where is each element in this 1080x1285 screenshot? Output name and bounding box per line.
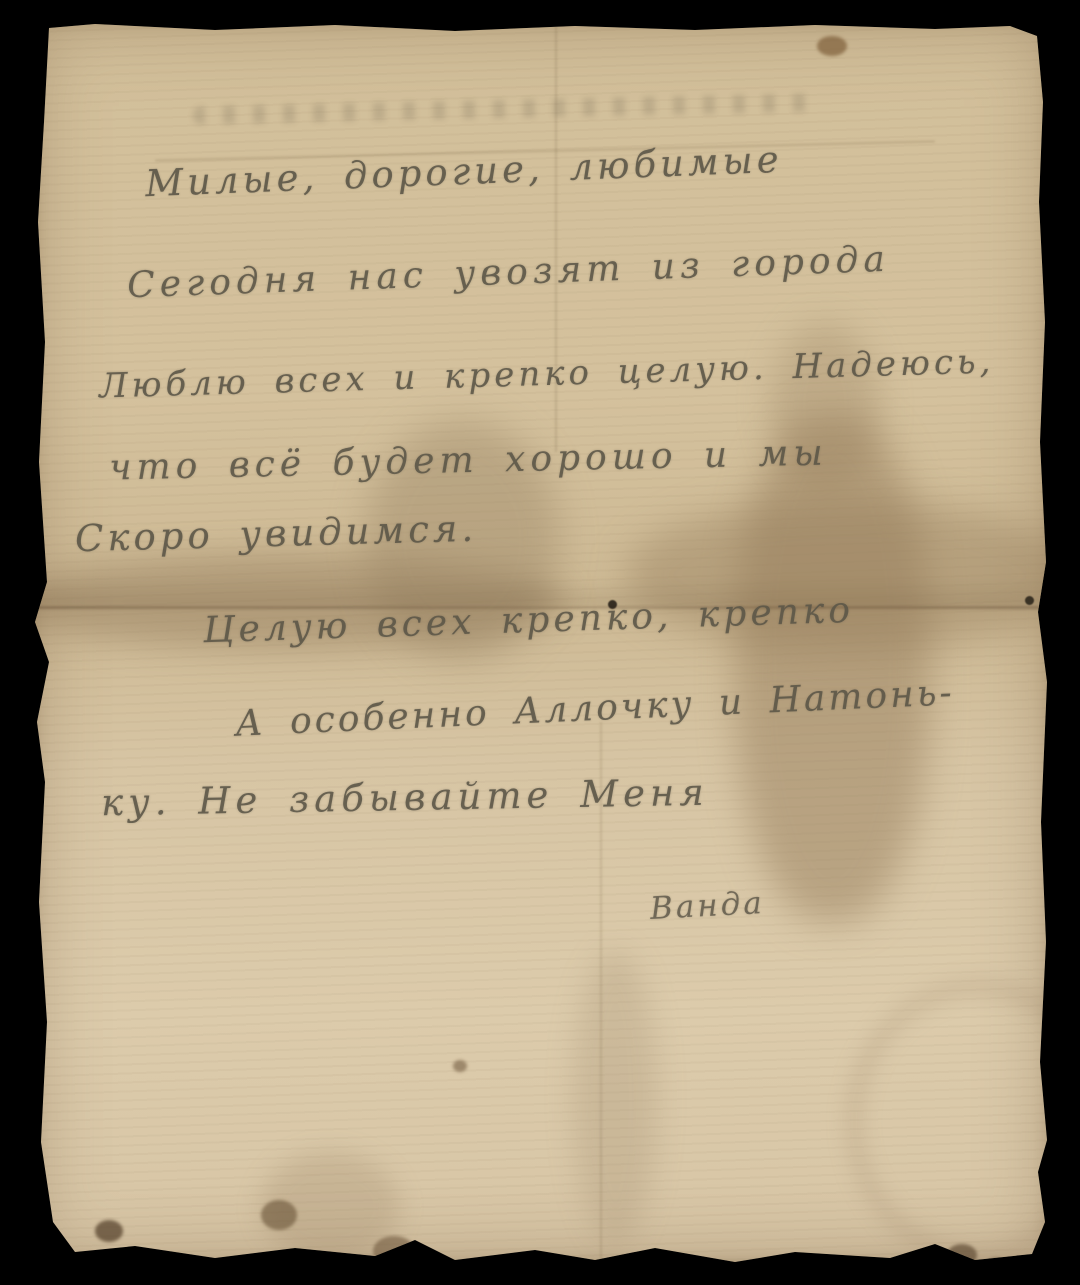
ink-spot	[817, 36, 847, 56]
water-stain-cross-vertical	[735, 412, 930, 922]
letter-line: Скоро увидимся.	[75, 507, 478, 561]
water-stain-bottom-left	[260, 1152, 400, 1262]
ink-spot	[947, 1244, 977, 1266]
faded-bleedthrough-text	[193, 94, 813, 125]
ink-spot	[261, 1200, 297, 1230]
letter-line: Милые, дорогие, любимые	[144, 138, 783, 205]
letter-line: Люблю всех и крепко целую. Надеюсь,	[99, 342, 995, 407]
letter-line: что всё будет хорошо и мы	[109, 432, 828, 488]
water-stain-ring	[847, 980, 1080, 1263]
ink-spot	[987, 1258, 1005, 1272]
letter-line: ку. Не забывайте Меня	[101, 771, 709, 825]
ink-spot	[373, 1236, 415, 1266]
ink-spot	[453, 1060, 467, 1072]
ink-spot	[95, 1220, 123, 1242]
letter-line: Сегодня нас увозят из города	[127, 239, 891, 307]
letter-line: А особенно Аллочку и Натонь-	[234, 672, 955, 744]
water-stain-bottom-fold	[573, 950, 658, 1245]
letter-paper-sheet: Милые, дорогие, любимые Сегодня нас увоз…	[35, 22, 1048, 1262]
signature: Ванда	[649, 885, 766, 927]
